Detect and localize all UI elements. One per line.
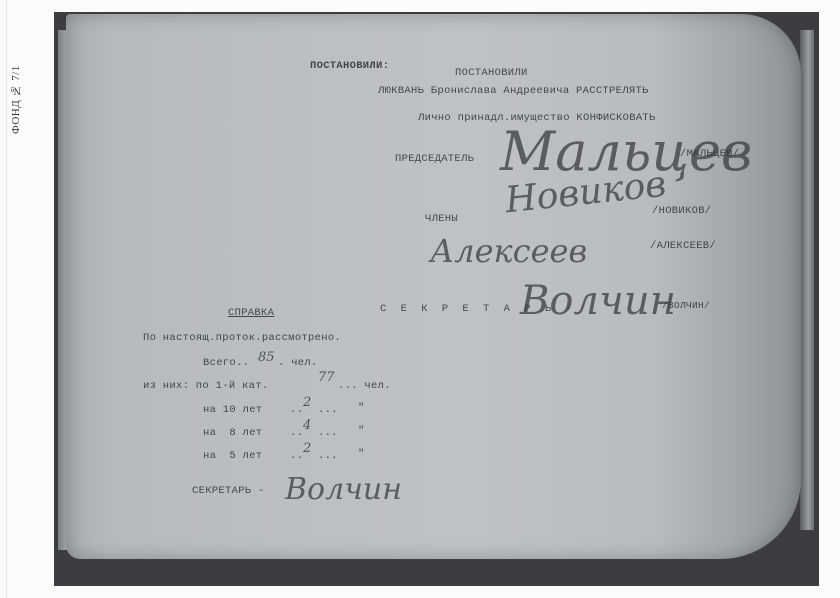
property-line: Лично принадл.имущество КОНФИСКОВАТЬ — [418, 112, 656, 124]
row-ditto: " — [358, 402, 365, 414]
chairman-label: ПРЕДСЕДАТЕЛЬ — [395, 153, 474, 165]
secretary-name: /ВОЛЧИН/ — [662, 300, 710, 311]
row-dots: ... — [318, 450, 338, 462]
row-ditto: " — [358, 448, 365, 460]
reference-title: СПРАВКА — [228, 307, 274, 319]
total-label: Всего.. — [203, 357, 249, 369]
total-unit: . чел. — [278, 357, 318, 369]
row-ditto: " — [358, 425, 365, 437]
category-1-value: 77 — [318, 370, 335, 385]
row-dots: ... — [318, 427, 338, 439]
row-value: 2 — [303, 395, 311, 410]
archive-fund-stamp: ФОНД № 7/1 — [10, 40, 30, 160]
row-value: 4 — [303, 418, 311, 433]
secretary-label: С Е К Р Е Т А Р Ь - — [380, 303, 576, 315]
row-label: на 8 лет — [203, 427, 262, 439]
verdict-line: ЛЮКВАНЬ Бронислава Андреевича РАССТРЕЛЯТ… — [378, 85, 649, 97]
row-label: на 5 лет — [203, 450, 262, 462]
members-label: ЧЛЕНЫ — [425, 213, 458, 225]
resolved-label: ПОСТАНОВИЛИ: — [310, 60, 389, 72]
row-value: 2 — [303, 441, 311, 456]
resolved-heading: ПОСТАНОВИЛИ — [455, 67, 528, 79]
member-1-name: /НОВИКОВ/ — [652, 205, 711, 217]
margin-line — [6, 0, 7, 598]
total-value: 85 — [258, 350, 275, 365]
book-right-edge — [800, 30, 814, 530]
bottom-secretary-label: СЕКРЕТАРЬ - — [192, 485, 265, 497]
row-dots: .. — [290, 404, 303, 416]
row-label: на 10 лет — [203, 404, 262, 416]
reference-intro: По настоящ.проток.рассмотрено. — [143, 332, 341, 344]
row-dots: .. — [290, 450, 303, 462]
member-2-name: /АЛЕКСЕЕВ/ — [650, 240, 716, 252]
category-1-unit: ... чел. — [338, 380, 391, 392]
chairman-name: /МАЛЬЦЕВ/ — [680, 148, 739, 160]
of-them-label: из них: по 1-й кат. — [143, 380, 268, 392]
row-dots: .. — [290, 427, 303, 439]
row-dots: ... — [318, 404, 338, 416]
